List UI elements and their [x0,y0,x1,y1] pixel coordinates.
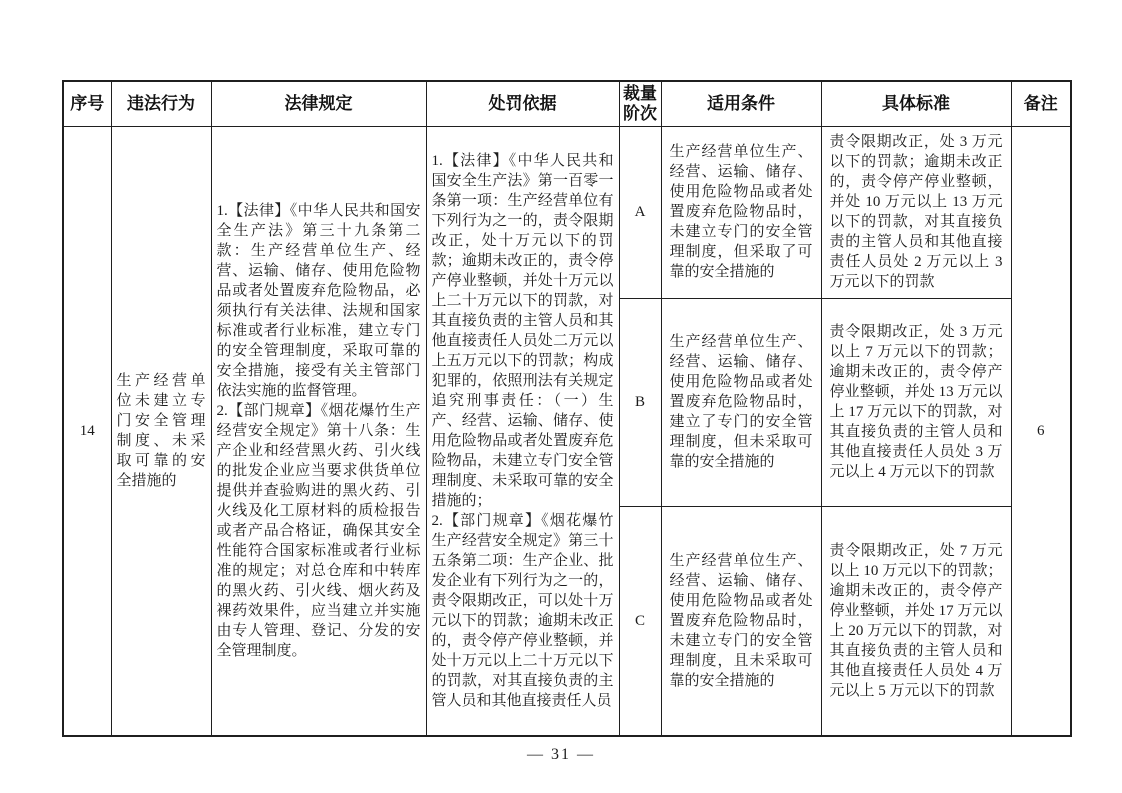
table-header-row: 序号 违法行为 法律规定 处罚依据 裁量阶次 适用条件 具体标准 备注 [63,81,1071,126]
conditions-cell-b: 生产经营单位生产、经营、运输、储存、使用危险物品或者处置废弃危险物品时，建立了专… [661,298,821,506]
legal-provisions-cell: 1.【法律】《中华人民共和国安全生产法》第三十九条第二款：生产经营单位生产、经营… [211,126,426,736]
standard-cell-c: 责令限期改正，处 7 万元以上 10 万元以下的罚款；逾期未改正的，责令停产停业… [821,506,1011,736]
header-legal: 法律规定 [211,81,426,126]
seq-cell: 14 [63,126,111,736]
standard-text-a: 责令限期改正，处 3 万元以下的罚款；逾期未改正的，责令停产停业整顿，并处 10… [830,132,1003,292]
header-tier: 裁量阶次 [619,81,661,126]
standard-cell-a: 责令限期改正，处 3 万元以下的罚款；逾期未改正的，责令停产停业整顿，并处 10… [821,126,1011,298]
document-page: 序号 违法行为 法律规定 处罚依据 裁量阶次 适用条件 具体标准 备注 14 生… [0,0,1122,793]
standard-text-c: 责令限期改正，处 7 万元以上 10 万元以下的罚款；逾期未改正的，责令停产停业… [830,541,1003,701]
conditions-text-a: 生产经营单位生产、经营、运输、储存、使用危险物品或者处置废弃危险物品时，未建立专… [670,142,813,282]
conditions-text-b: 生产经营单位生产、经营、运输、储存、使用危险物品或者处置废弃危险物品时，建立了专… [670,332,813,472]
penalty-discretion-table: 序号 违法行为 法律规定 处罚依据 裁量阶次 适用条件 具体标准 备注 14 生… [62,80,1072,737]
conditions-cell-a: 生产经营单位生产、经营、运输、储存、使用危险物品或者处置废弃危险物品时，未建立专… [661,126,821,298]
tier-level-b: B [619,298,661,506]
conditions-text-c: 生产经营单位生产、经营、运输、储存、使用危险物品或者处置废弃危险物品时，未建立专… [670,551,813,691]
penalty-basis-item-1: 1.【法律】《中华人民共和国安全生产法》第一百零一条第一项：生产经营单位有下列行… [432,151,614,511]
standard-cell-b: 责令限期改正，处 3 万元以上 7 万元以下的罚款；逾期未改正的，责令停产停业整… [821,298,1011,506]
penalty-basis-item-2: 2.【部门规章】《烟花爆竹生产经营安全规定》第三十五条第二项：生产企业、批发企业… [432,511,614,711]
page-number: — 31 — [0,746,1122,764]
header-penalty-basis: 处罚依据 [426,81,619,126]
header-remark: 备注 [1011,81,1071,126]
tier-letter-b: B [635,394,645,410]
remark-cell: 6 [1011,126,1071,736]
legal-item-2: 2.【部门规章】《烟花爆竹生产经营安全规定》第十八条：生产企业和经营黑火药、引火… [217,401,421,661]
header-standard: 具体标准 [821,81,1011,126]
header-conditions: 适用条件 [661,81,821,126]
violation-text: 生产经营单位未建立专门安全管理制度、未采取可靠的安全措施的 [117,371,206,491]
standard-text-b: 责令限期改正，处 3 万元以上 7 万元以下的罚款；逾期未改正的，责令停产停业整… [830,322,1003,482]
tier-row-a: 14 生产经营单位未建立专门安全管理制度、未采取可靠的安全措施的 1.【法律】《… [63,126,1071,298]
tier-letter-a: A [635,204,646,220]
conditions-cell-c: 生产经营单位生产、经营、运输、储存、使用危险物品或者处置废弃危险物品时，未建立专… [661,506,821,736]
penalty-basis-cell: 1.【法律】《中华人民共和国安全生产法》第一百零一条第一项：生产经营单位有下列行… [426,126,619,736]
tier-level-c: C [619,506,661,736]
tier-letter-c: C [635,613,645,629]
tier-level-a: A [619,126,661,298]
legal-item-1: 1.【法律】《中华人民共和国安全生产法》第三十九条第二款：生产经营单位生产、经营… [217,201,421,401]
header-seq: 序号 [63,81,111,126]
header-violation: 违法行为 [111,81,211,126]
violation-cell: 生产经营单位未建立专门安全管理制度、未采取可靠的安全措施的 [111,126,211,736]
